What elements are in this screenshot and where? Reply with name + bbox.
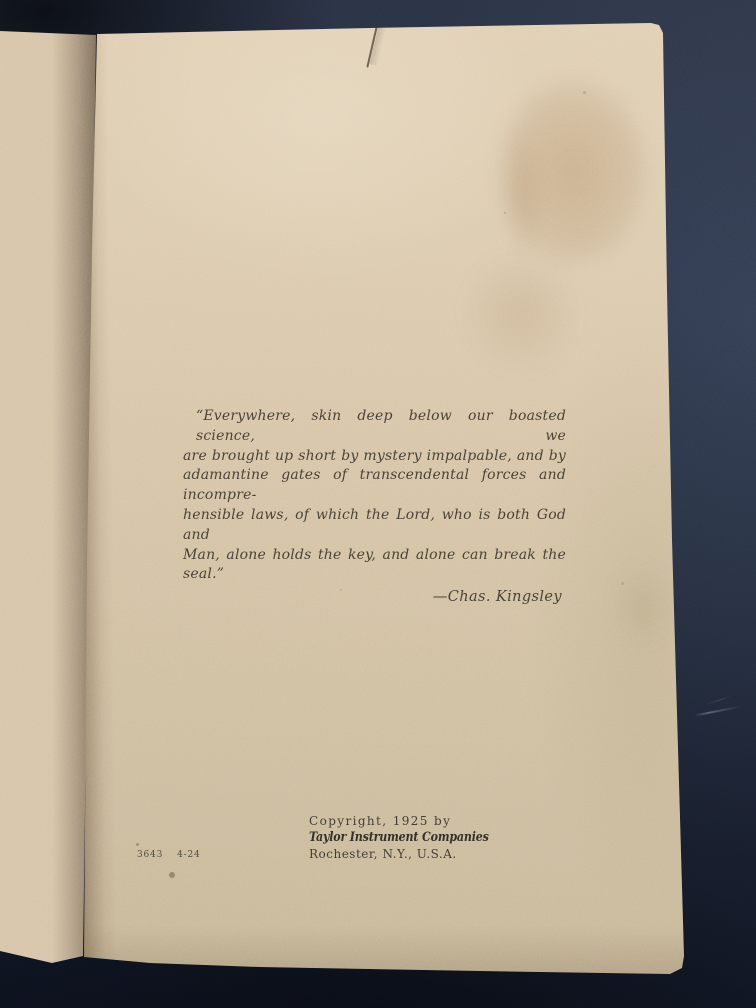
print-code-number: 3643: [137, 850, 163, 860]
quote-block: “Everywhere, skin deep below our boasted…: [183, 407, 566, 607]
foxing-stain: [452, 52, 667, 317]
quote-line: are brought up short by mystery impalpab…: [183, 447, 566, 467]
imprint-block: Copyright, 1925 by Taylor Instrument Com…: [309, 813, 520, 863]
quote-line: adamantine gates of transcendental force…: [183, 466, 566, 506]
foxing-speck: [621, 582, 624, 585]
foxing-stain: [488, 92, 558, 292]
foxing-speck: [583, 91, 586, 94]
paper-tear-shadow: [370, 25, 391, 67]
quote-line: Man, alone holds the key, and alone can …: [183, 546, 566, 586]
quote-line: hensible laws, of which the Lord, who is…: [183, 506, 566, 546]
publisher-name: Taylor Instrument Companies: [309, 830, 489, 846]
foxing-stain: [438, 225, 603, 400]
foxing-speck: [504, 212, 506, 214]
print-code-date: 4-24: [177, 850, 200, 860]
print-code: 36434-24: [137, 850, 201, 860]
quote-attribution: —Chas. Kingsley: [183, 587, 566, 607]
book-page: “Everywhere, skin deep below our boasted…: [0, 0, 756, 1008]
copyright-line: Copyright, 1925 by: [309, 813, 520, 830]
foxing-speck: [169, 872, 175, 878]
foxing-speck: [136, 843, 139, 846]
photo-scene: “Everywhere, skin deep below our boasted…: [0, 0, 756, 1008]
quote-line: “Everywhere, skin deep below our boasted…: [183, 407, 566, 447]
publisher-location: Rochester, N.Y., U.S.A.: [309, 846, 520, 863]
